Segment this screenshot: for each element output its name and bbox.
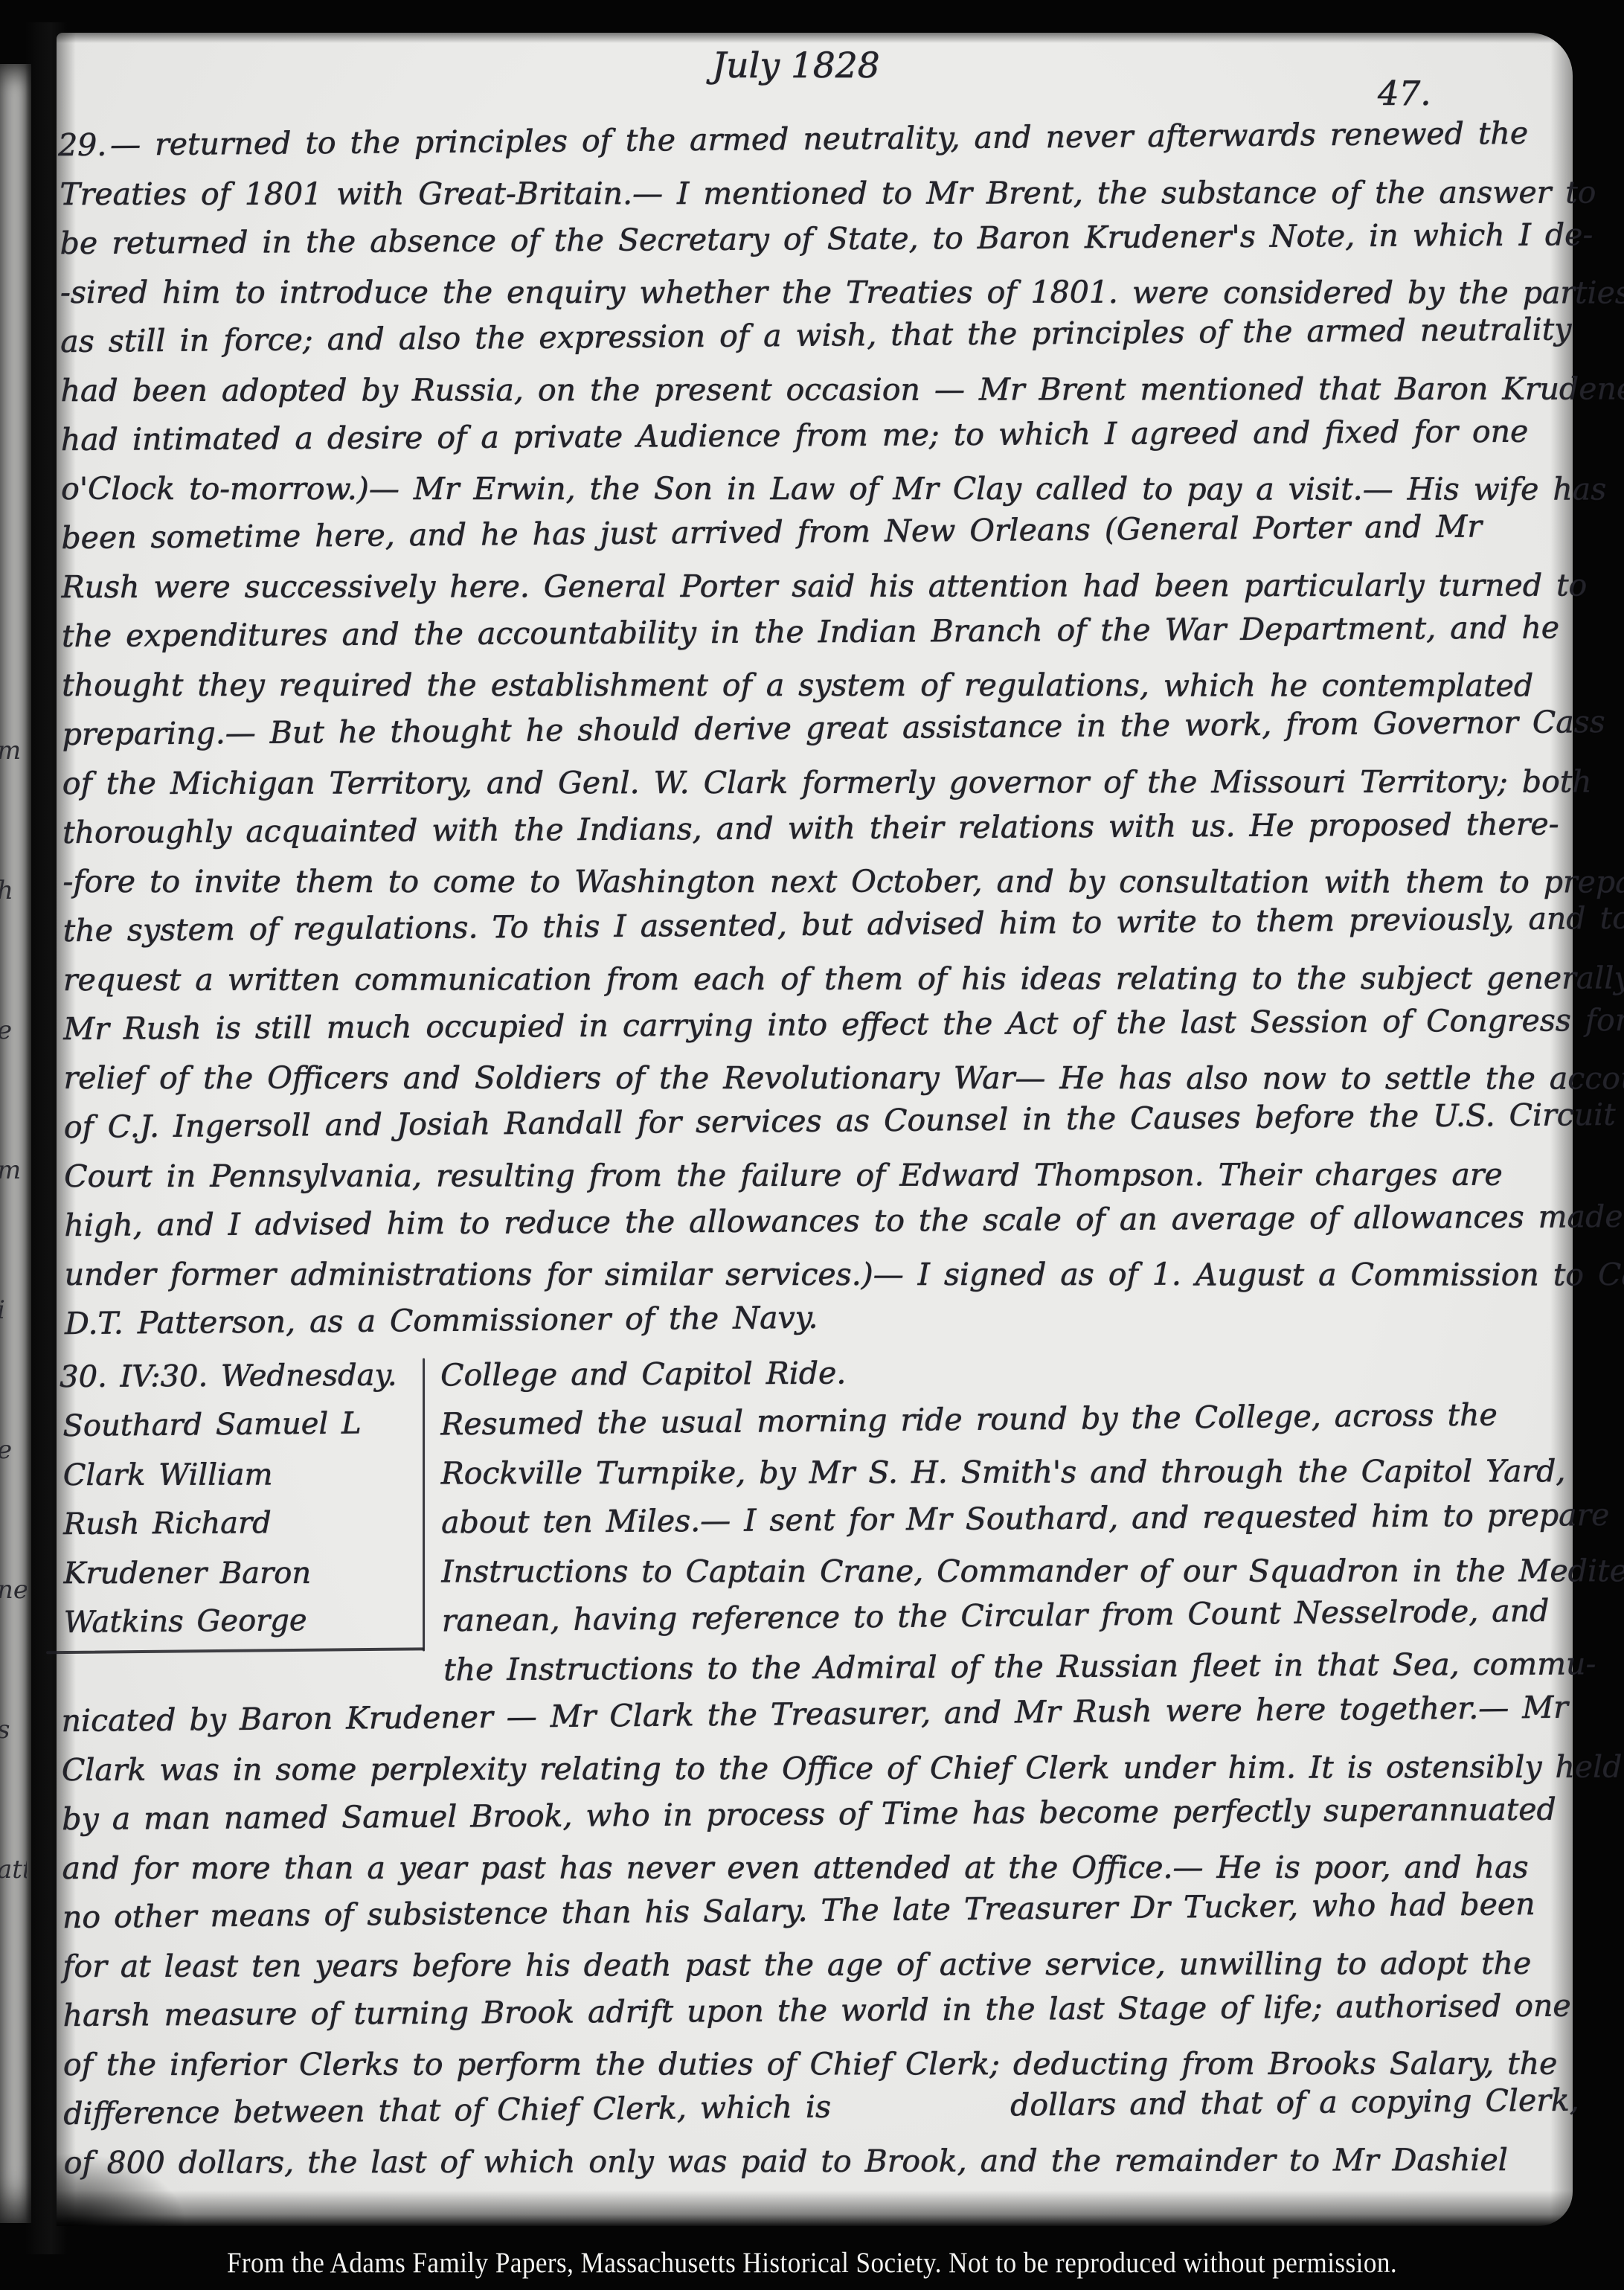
margin-name: Watkins George	[64, 1595, 414, 1647]
header-date: July 1828	[640, 40, 952, 92]
margin-names-box: Southard Samuel LClark WilliamRush Richa…	[62, 1400, 414, 1647]
edge-fragment: m	[0, 737, 27, 764]
entry-29-lines: — returned to the principles of the arme…	[60, 114, 1579, 1348]
manuscript-line: had intimated a desire of a private Audi…	[61, 406, 1576, 464]
manuscript-line: thoroughly acquainted with the Indians, …	[62, 799, 1577, 857]
entry-30-title: College and Capitol Ride.	[440, 1348, 847, 1399]
edge-fragment: e	[0, 1017, 27, 1044]
entry-30-side-lines: Resumed the usual morning ride round by …	[440, 1393, 1576, 1645]
names-box-vertical-rule	[423, 1358, 425, 1651]
manuscript-line: about ten Miles.— I sent for Mr Southard…	[441, 1490, 1575, 1547]
entry-29: 29. — returned to the principles of the …	[60, 114, 1579, 1348]
manuscript-line: the expenditures and the accountability …	[62, 603, 1576, 661]
edge-fragment: att's	[0, 1856, 27, 1883]
manuscript-line: by a man named Samuel Brook, who in proc…	[62, 1784, 1576, 1844]
manuscript-line: harsh measure of turning Brook adrift up…	[62, 1981, 1577, 2040]
caption-text: From the Adams Family Papers, Massachuse…	[81, 2246, 1543, 2280]
manuscript-line: of 800 dollars, the last of which only w…	[64, 2135, 1579, 2187]
manuscript-line: Mr Rush is still much occupied in carryi…	[63, 995, 1578, 1053]
manuscript-line: ranean, having reference to the Circular…	[442, 1585, 1576, 1645]
margin-name: Krudener Baron	[64, 1549, 414, 1598]
margin-name: Rush Richard	[63, 1498, 413, 1549]
manuscript-scan: mhemienesatt's July 1828 47. 29. — retur…	[0, 0, 1624, 2290]
manuscript-line: high, and I advised him to reduce the al…	[64, 1192, 1579, 1250]
entry-30-date: 30. IV:30. Wednesday.	[60, 1351, 397, 1402]
manuscript-line: Resumed the usual morning ride round by …	[440, 1389, 1575, 1449]
margin-name: Southard Samuel L	[62, 1399, 413, 1451]
edge-fragment: m	[0, 1157, 27, 1184]
margin-name: Clark William	[63, 1450, 413, 1500]
edge-fragment: s	[0, 1716, 27, 1743]
edge-fragment: e	[0, 1437, 27, 1463]
edge-fragment: ne	[0, 1577, 27, 1603]
entry-30-lines: nicated by Baron Krudener — Mr Clark the…	[61, 1688, 1578, 2187]
manuscript-line: be returned in the absence of the Secret…	[60, 210, 1575, 268]
edge-fragment: h	[0, 877, 27, 904]
edge-fragment: i	[0, 1297, 27, 1324]
manuscript-line: Rockville Turnpike, by Mr S. H. Smith's …	[441, 1446, 1575, 1498]
